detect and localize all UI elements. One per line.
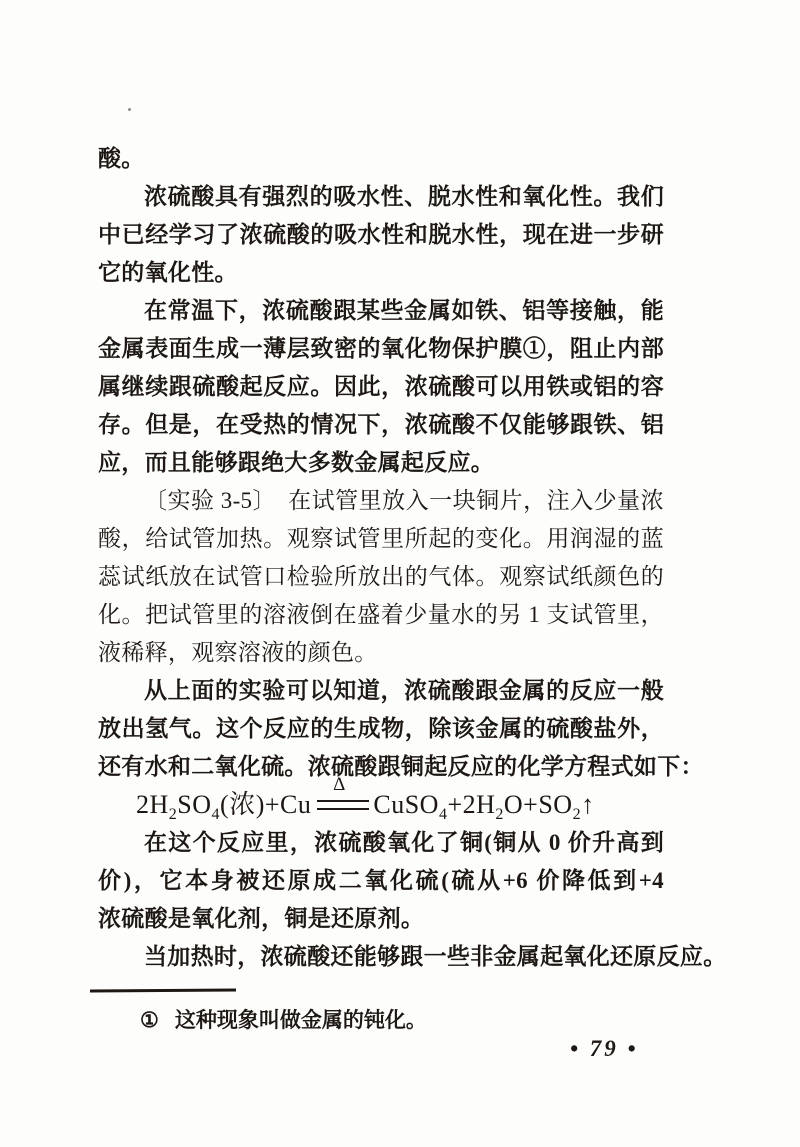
- footnote-marker: ①: [140, 1008, 159, 1032]
- equation-term: O+SO: [504, 790, 573, 819]
- text-line: 它的氧化性。: [98, 254, 664, 292]
- text-line: 浓硫酸是氧化剂，铜是还原剂。: [98, 900, 664, 938]
- equation-subscript: 2: [169, 806, 178, 823]
- text-line: 存。但是，在受热的情况下，浓硫酸不仅能够跟铁、铝等起反: [98, 406, 664, 444]
- text-line: 应，而且能够跟绝大多数金属起反应。: [98, 444, 664, 482]
- footnote-divider: [90, 988, 236, 992]
- text-line: 价)，它本身被还原成二氧化硫(硫从+6 价降低到+4 价)。: [98, 862, 664, 900]
- text-line: 浓硫酸具有强烈的吸水性、脱水性和氧化性。我们在初: [98, 178, 664, 216]
- equation-term: ↑: [581, 790, 595, 819]
- text-line: 酸，给试管加热。观察试管里所起的变化。用润湿的蓝色石: [98, 520, 664, 558]
- text-line: 当加热时，浓硫酸还能够跟一些非金属起氧化还原反应。: [98, 938, 664, 976]
- chemical-equation: 2H2SO4(浓)+CuΔCuSO4+2H2O+SO2↑: [98, 786, 664, 824]
- equation-term: +2H: [447, 790, 495, 819]
- heated-equals-icon: Δ: [317, 800, 369, 810]
- equation-term: 2H: [136, 790, 169, 819]
- footnote-text: 这种现象叫做金属的钝化。: [175, 1008, 427, 1032]
- text-line: 〔实验 3-5〕 在试管里放入一块铜片，注入少量浓硫: [98, 482, 664, 520]
- text-block: 酸。浓硫酸具有强烈的吸水性、脱水性和氧化性。我们在初中已经学习了浓硫酸的吸水性和…: [98, 140, 664, 976]
- text-line: 从上面的实验可以知道，浓硫酸跟金属的反应一般不: [98, 672, 664, 710]
- text-line: 酸。: [98, 140, 664, 178]
- equation-term: SO: [177, 790, 211, 819]
- page-number: • 79 •: [570, 1036, 639, 1062]
- text-line: 在这个反应里，浓硫酸氧化了铜(铜从 0 价升高到+2: [98, 824, 664, 862]
- text-line: 液稀释，观察溶液的颜色。: [98, 634, 664, 672]
- equation-subscript: 2: [573, 806, 582, 823]
- text-line: 金属表面生成一薄层致密的氧化物保护膜①，阻止内部金: [98, 330, 664, 368]
- text-line: 属继续跟硫酸起反应。因此，浓硫酸可以用铁或铝的容器贮: [98, 368, 664, 406]
- equation-subscript: 2: [495, 806, 504, 823]
- delta-symbol: Δ: [333, 775, 345, 794]
- footnote: ①这种现象叫做金属的钝化。: [98, 1004, 664, 1036]
- textbook-page: 酸。浓硫酸具有强烈的吸水性、脱水性和氧化性。我们在初中已经学习了浓硫酸的吸水性和…: [0, 0, 800, 1147]
- equation-term: CuSO: [373, 790, 439, 819]
- text-line: 中已经学习了浓硫酸的吸水性和脱水性，现在进一步研究: [98, 216, 664, 254]
- scan-speck: [128, 108, 131, 111]
- text-line: 放出氢气。这个反应的生成物，除该金属的硫酸盐外，一般: [98, 710, 664, 748]
- equation-subscript: 4: [212, 806, 221, 823]
- equation-term: (浓)+Cu: [220, 790, 311, 819]
- text-line: 还有水和二氧化硫。浓硫酸跟铜起反应的化学方程式如下：: [98, 748, 664, 786]
- text-line: 在常温下，浓硫酸跟某些金属如铁、铝等接触，能够使: [98, 292, 664, 330]
- text-line: 蕊试纸放在试管口检验所放出的气体。观察试纸颜色的变: [98, 558, 664, 596]
- text-line: 化。把试管里的溶液倒在盛着少量水的另 1 支试管里，使溶: [98, 596, 664, 634]
